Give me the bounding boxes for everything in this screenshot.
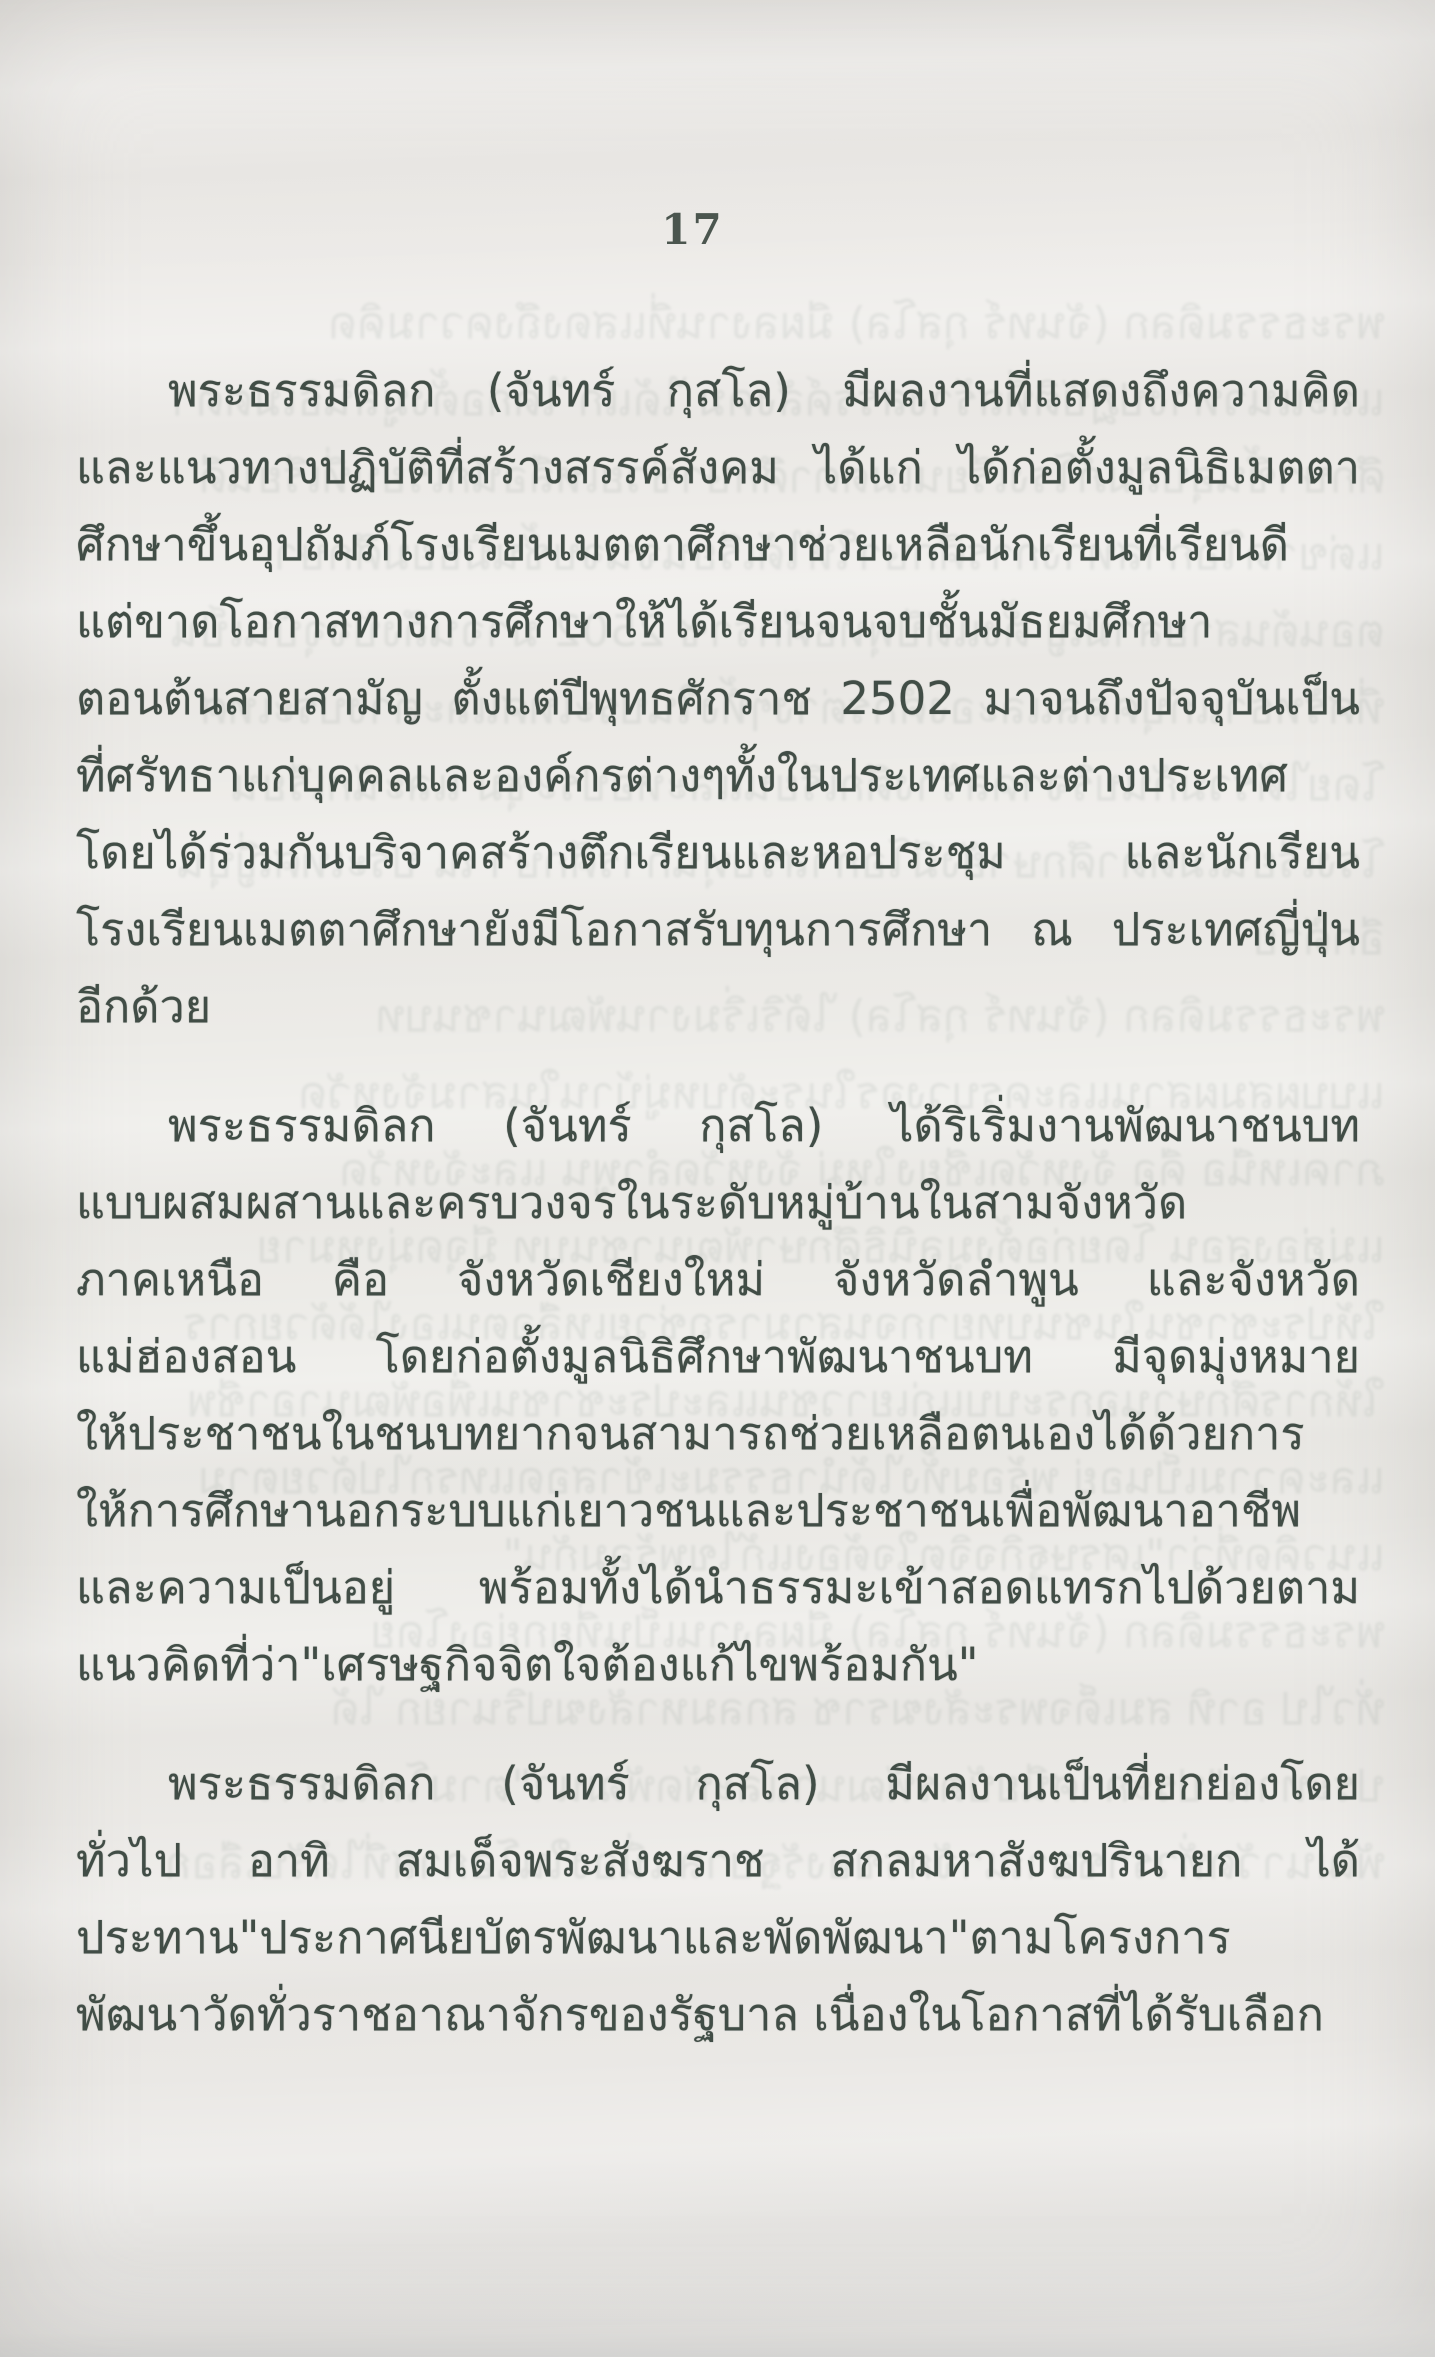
paragraph: พระธรรมดิลก (จันทร์ กุสโล) มีผลงานเป็นที… bbox=[76, 1745, 1360, 2053]
text-line: พระธรรมดิลก (จันทร์ กุสโล) มีผลงานที่แสด… bbox=[76, 352, 1360, 429]
text-line: ประทาน"ประกาศนียบัตรพัฒนาและพัดพัฒนา"ตาม… bbox=[76, 1899, 1360, 1976]
scanned-book-page: 17 พระธรรมดิลก (จันทร์ กุสโล) มีผลงานที่… bbox=[0, 0, 1435, 2357]
text-line: ตอนต้นสายสามัญ ตั้งแต่ปีพุทธศักราช 2502 … bbox=[76, 660, 1360, 737]
text-line: แบบผสมผสานและครบวงจรในระดับหมู่บ้านในสาม… bbox=[76, 1164, 1360, 1241]
text-line: ให้การศึกษานอกระบบแก่เยาวชนและประชาชนเพื… bbox=[76, 1472, 1360, 1549]
text-line: และความเป็นอยู่ พร้อมทั้งได้นำธรรมะเข้าส… bbox=[76, 1549, 1360, 1626]
text-line: อีกด้วย bbox=[76, 968, 1360, 1045]
text-line: โดยได้ร่วมกันบริจาคสร้างตึกเรียนและหอประ… bbox=[76, 814, 1360, 891]
text-line: ภาคเหนือ คือ จังหวัดเชียงใหม่ จังหวัดลำพ… bbox=[76, 1241, 1360, 1318]
text-line: แต่ขาดโอกาสทางการศึกษาให้ได้เรียนจนจบชั้… bbox=[76, 583, 1360, 660]
text-line: ให้ประชาชนในชนบทยากจนสามารถช่วยเหลือตนเอ… bbox=[76, 1395, 1360, 1472]
text-line: ทั่วไป อาทิ สมเด็จพระสังฆราช สกลมหาสังฆป… bbox=[76, 1822, 1360, 1899]
page-number: 17 bbox=[0, 205, 1385, 254]
text-line: แนวคิดที่ว่า"เศรษฐกิจจิตใจต้องแก้ไขพร้อม… bbox=[76, 1626, 1360, 1703]
text-line: แม่ฮ่องสอน โดยก่อตั้งมูลนิธิศึกษาพัฒนาชน… bbox=[76, 1318, 1360, 1395]
text-line: ที่ศรัทธาแก่บุคคลและองค์กรต่างๆทั้งในประ… bbox=[76, 737, 1360, 814]
bleedthrough-line: พระธรรมดิลก (จันทร์ กุสโล) มีผลงานที่แสด… bbox=[50, 285, 1385, 362]
text-line: พระธรรมดิลก (จันทร์ กุสโล) ได้ริเริ่มงาน… bbox=[76, 1087, 1360, 1164]
text-line: พัฒนาวัดทั่วราชอาณาจักรของรัฐบาล เนื่องใ… bbox=[76, 1976, 1360, 2053]
text-line: โรงเรียนเมตตาศึกษายังมีโอกาสรับทุนการศึก… bbox=[76, 891, 1360, 968]
text-line: พระธรรมดิลก (จันทร์ กุสโล) มีผลงานเป็นที… bbox=[76, 1745, 1360, 1822]
page-text-body: พระธรรมดิลก (จันทร์ กุสโล) มีผลงานที่แสด… bbox=[76, 352, 1360, 2053]
text-line: ศึกษาขึ้นอุปถัมภ์โรงเรียนเมตตาศึกษาช่วยเ… bbox=[76, 506, 1360, 583]
paragraph: พระธรรมดิลก (จันทร์ กุสโล) มีผลงานที่แสด… bbox=[76, 352, 1360, 1045]
paragraph: พระธรรมดิลก (จันทร์ กุสโล) ได้ริเริ่มงาน… bbox=[76, 1087, 1360, 1703]
text-line: และแนวทางปฏิบัติที่สร้างสรรค์สังคม ได้แก… bbox=[76, 429, 1360, 506]
